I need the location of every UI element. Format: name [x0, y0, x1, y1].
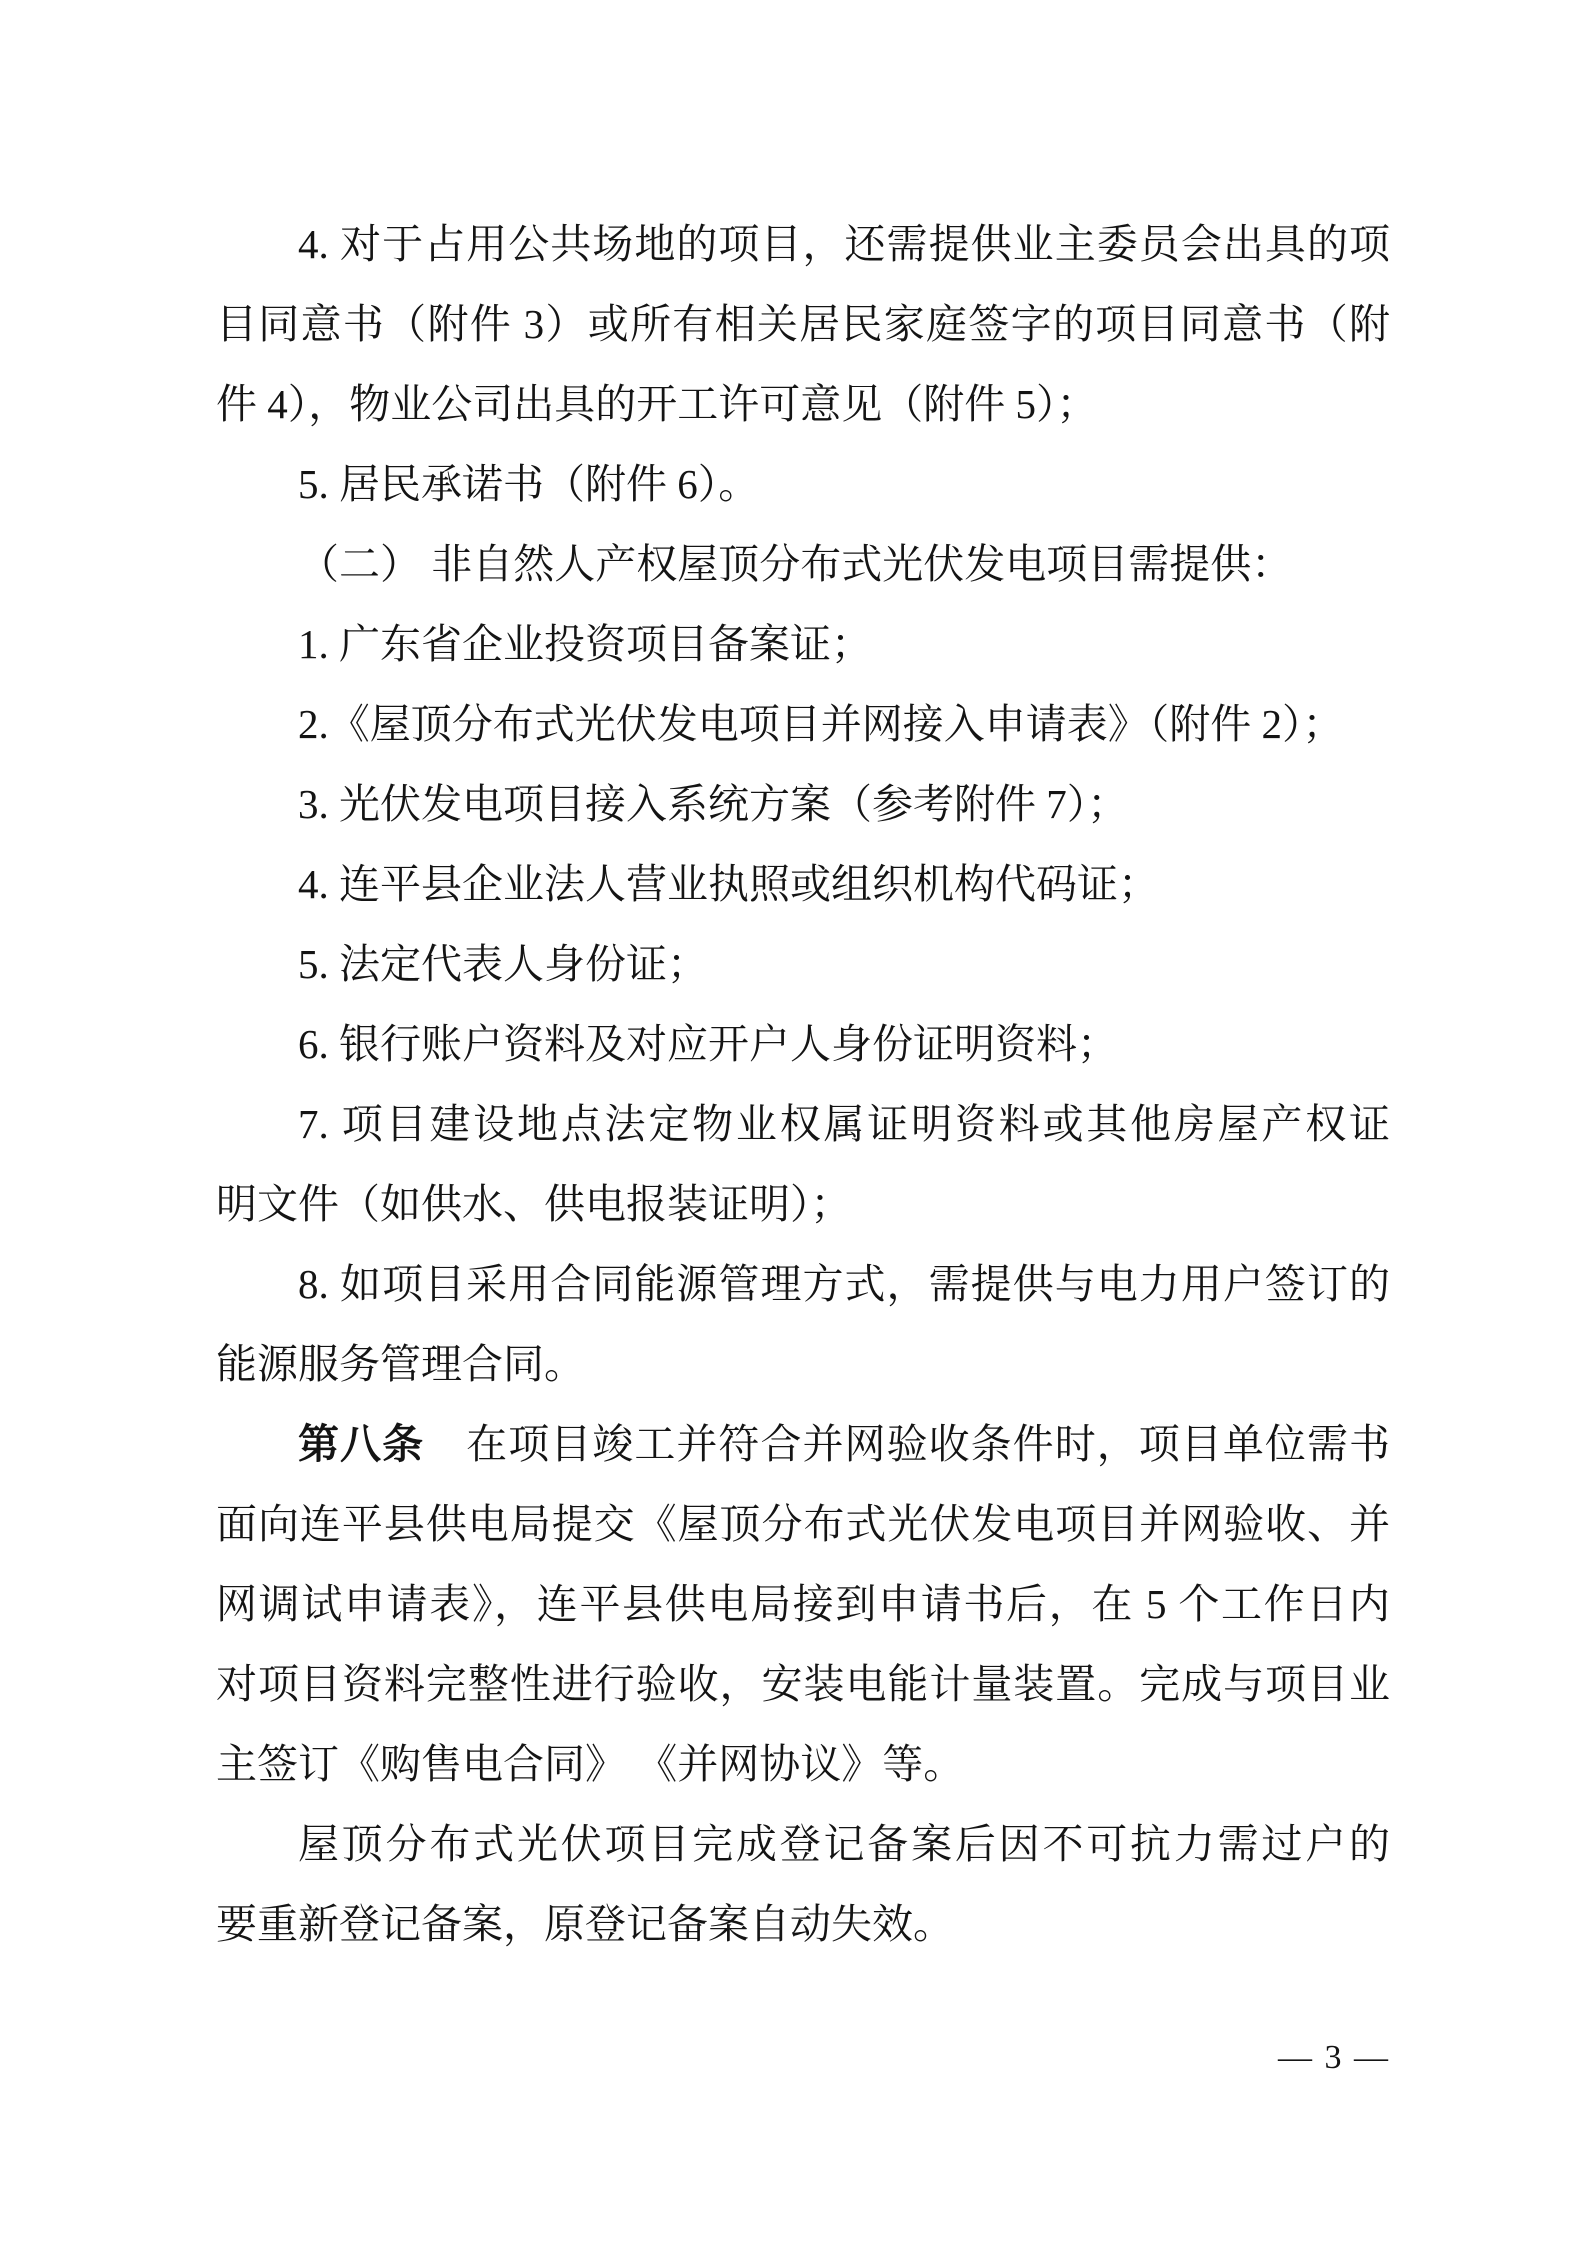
text-line: 5. 居民承诺书（附件 6）。	[216, 444, 1390, 524]
text-line: 2.《屋顶分布式光伏发电项目并网接入申请表》（附件 2）；	[216, 684, 1390, 764]
document-body: 4. 对于占用公共场地的项目，还需提供业主委员会出具的项 目同意书（附件 3）或…	[216, 204, 1390, 1964]
text-line: 5. 法定代表人身份证；	[216, 924, 1390, 1004]
text-line: 明文件（如供水、供电报装证明）；	[216, 1164, 1390, 1244]
text-line: 件 4），物业公司出具的开工许可意见（附件 5）；	[216, 364, 1390, 444]
text-line: 4. 连平县企业法人营业执照或组织机构代码证；	[216, 844, 1390, 924]
text-line: 网调试申请表》，连平县供电局接到申请书后，在 5 个工作日内	[216, 1564, 1390, 1644]
text-line: 8. 如项目采用合同能源管理方式，需提供与电力用户签订的	[216, 1244, 1390, 1324]
document-page: 4. 对于占用公共场地的项目，还需提供业主委员会出具的项 目同意书（附件 3）或…	[0, 0, 1587, 2245]
text-line: 面向连平县供电局提交《屋顶分布式光伏发电项目并网验收、并	[216, 1484, 1390, 1564]
text-line-article-8: 第八条 在项目竣工并符合并网验收条件时，项目单位需书	[216, 1404, 1390, 1484]
text-line: 4. 对于占用公共场地的项目，还需提供业主委员会出具的项	[216, 204, 1390, 284]
page-number: — 3 —	[216, 2036, 1390, 2080]
text-line: 1. 广东省企业投资项目备案证；	[216, 604, 1390, 684]
article-body-text: 在项目竣工并符合并网验收条件时，项目单位需书	[424, 1421, 1390, 1467]
text-line: 主签订《购售电合同》 《并网协议》等。	[216, 1724, 1390, 1804]
text-line: 7. 项目建设地点法定物业权属证明资料或其他房屋产权证	[216, 1084, 1390, 1164]
text-line: 3. 光伏发电项目接入系统方案（参考附件 7）；	[216, 764, 1390, 844]
text-line: （二） 非自然人产权屋顶分布式光伏发电项目需提供：	[216, 524, 1390, 604]
text-line: 目同意书（附件 3）或所有相关居民家庭签字的项目同意书（附	[216, 284, 1390, 364]
text-line: 6. 银行账户资料及对应开户人身份证明资料；	[216, 1004, 1390, 1084]
text-line: 能源服务管理合同。	[216, 1324, 1390, 1404]
text-line: 屋顶分布式光伏项目完成登记备案后因不可抗力需过户的	[216, 1804, 1390, 1884]
text-line: 对项目资料完整性进行验收，安装电能计量装置。完成与项目业	[216, 1644, 1390, 1724]
article-number-label: 第八条	[298, 1421, 424, 1467]
text-line: 要重新登记备案，原登记备案自动失效。	[216, 1884, 1390, 1964]
